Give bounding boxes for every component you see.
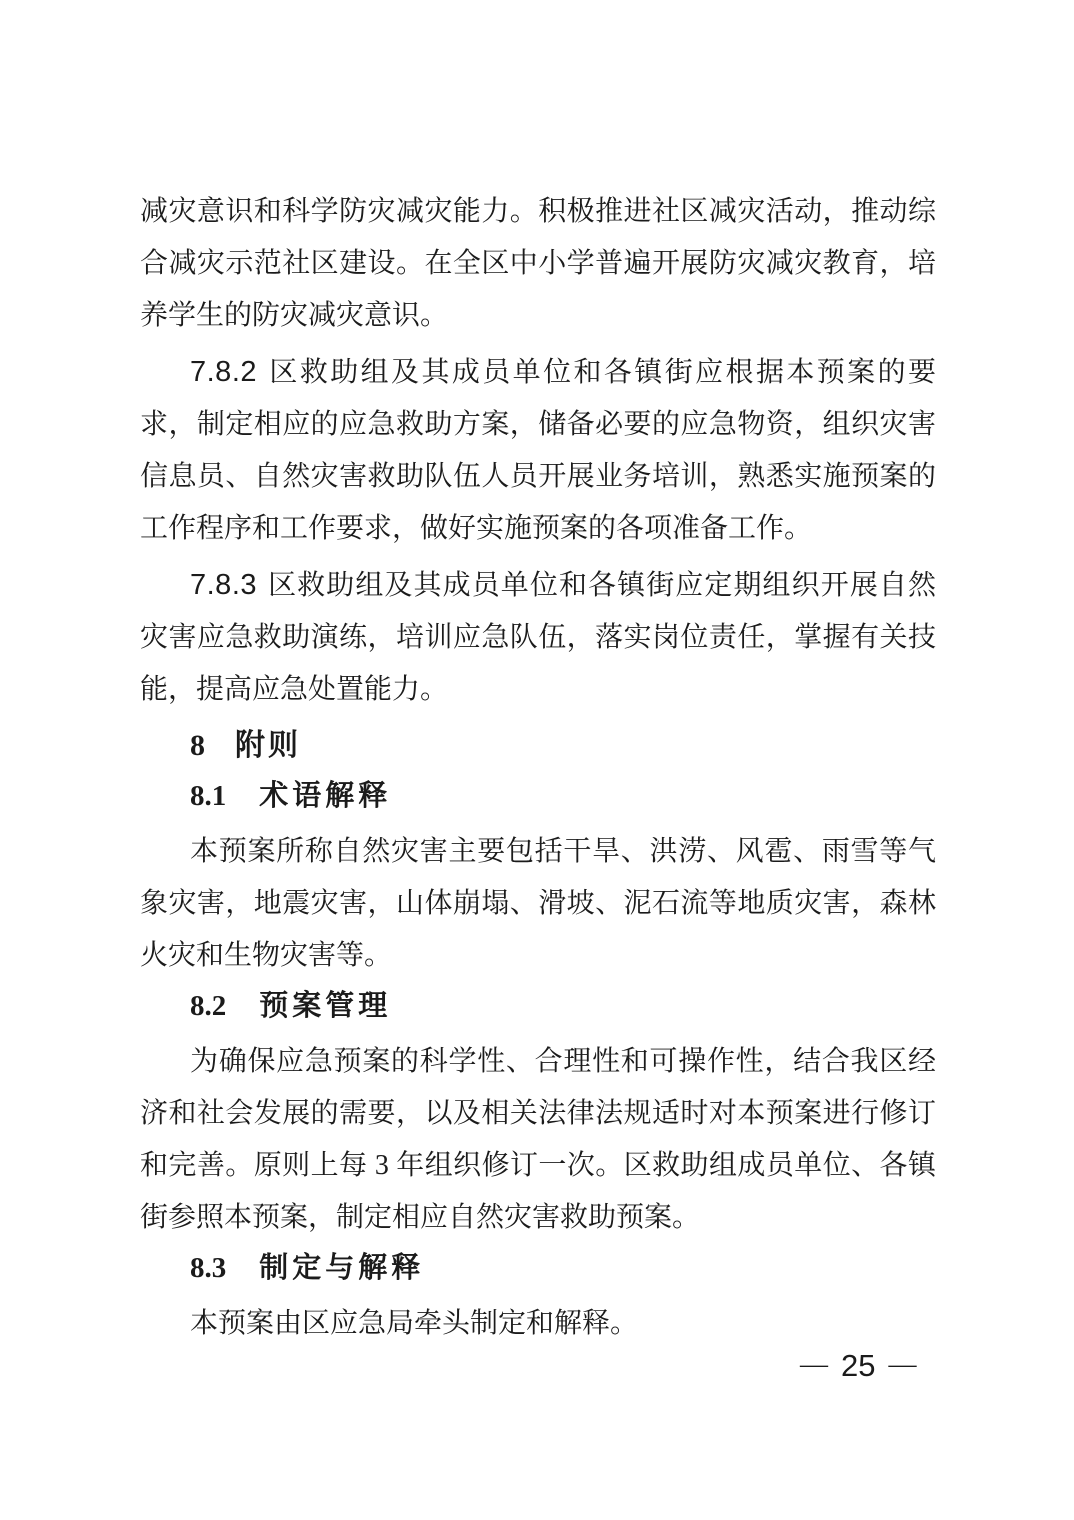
heading-title: 术语解释 [259,780,391,812]
paragraph-continuation: 减灾意识和科学防灾减灾能力。积极推进社区减灾活动，推动综合减灾示范社区建设。在全… [140,186,936,342]
paragraph-number: 7.8.2 [190,356,257,388]
paragraph-plan-management: 为确保应急预案的科学性、合理性和可操作性，结合我区经济和社会发展的需要，以及相关… [140,1036,936,1244]
paragraph-interpretation: 本预案由区应急局牵头制定和解释。 [140,1298,936,1350]
paragraph-7-8-2: 7.8.2区救助组及其成员单位和各镇街应根据本预案的要求，制定相应的应急救助方案… [140,346,936,555]
subsection-heading-8-2: 8.2预案管理 [140,980,936,1032]
paragraph-7-8-3: 7.8.3区救助组及其成员单位和各镇街应定期组织开展自然灾害应急救助演练，培训应… [140,559,936,716]
section-heading-8: 8附则 [140,720,936,772]
heading-title: 制定与解释 [259,1252,424,1284]
heading-number: 8 [190,729,205,762]
footer-dash-left: — [800,1351,828,1379]
page-number: 25 [841,1350,875,1381]
document-page: 减灾意识和科学防灾减灾能力。积极推进社区减灾活动，推动综合减灾示范社区建设。在全… [0,0,1074,1520]
paragraph-terms: 本预案所称自然灾害主要包括干旱、洪涝、风雹、雨雪等气象灾害，地震灾害，山体崩塌、… [140,826,936,982]
heading-number: 8.2 [190,990,226,1022]
subsection-heading-8-3: 8.3制定与解释 [140,1242,936,1294]
paragraph-number: 7.8.3 [190,569,257,601]
footer-dash-right: — [888,1351,916,1379]
subsection-heading-8-1: 8.1术语解释 [140,770,936,822]
heading-number: 8.3 [190,1252,226,1284]
document-body: 减灾意识和科学防灾减灾能力。积极推进社区减灾活动，推动综合减灾示范社区建设。在全… [140,186,936,1350]
paragraph-text: 区救助组及其成员单位和各镇街应根据本预案的要求，制定相应的应急救助方案，储备必要… [140,357,936,544]
page-footer: — 25 — [800,1344,916,1386]
heading-title: 预案管理 [259,990,391,1022]
heading-title: 附则 [235,729,301,762]
heading-number: 8.1 [190,780,226,812]
paragraph-text: 区救助组及其成员单位和各镇街应定期组织开展自然灾害应急救助演练，培训应急队伍，落… [140,570,936,705]
